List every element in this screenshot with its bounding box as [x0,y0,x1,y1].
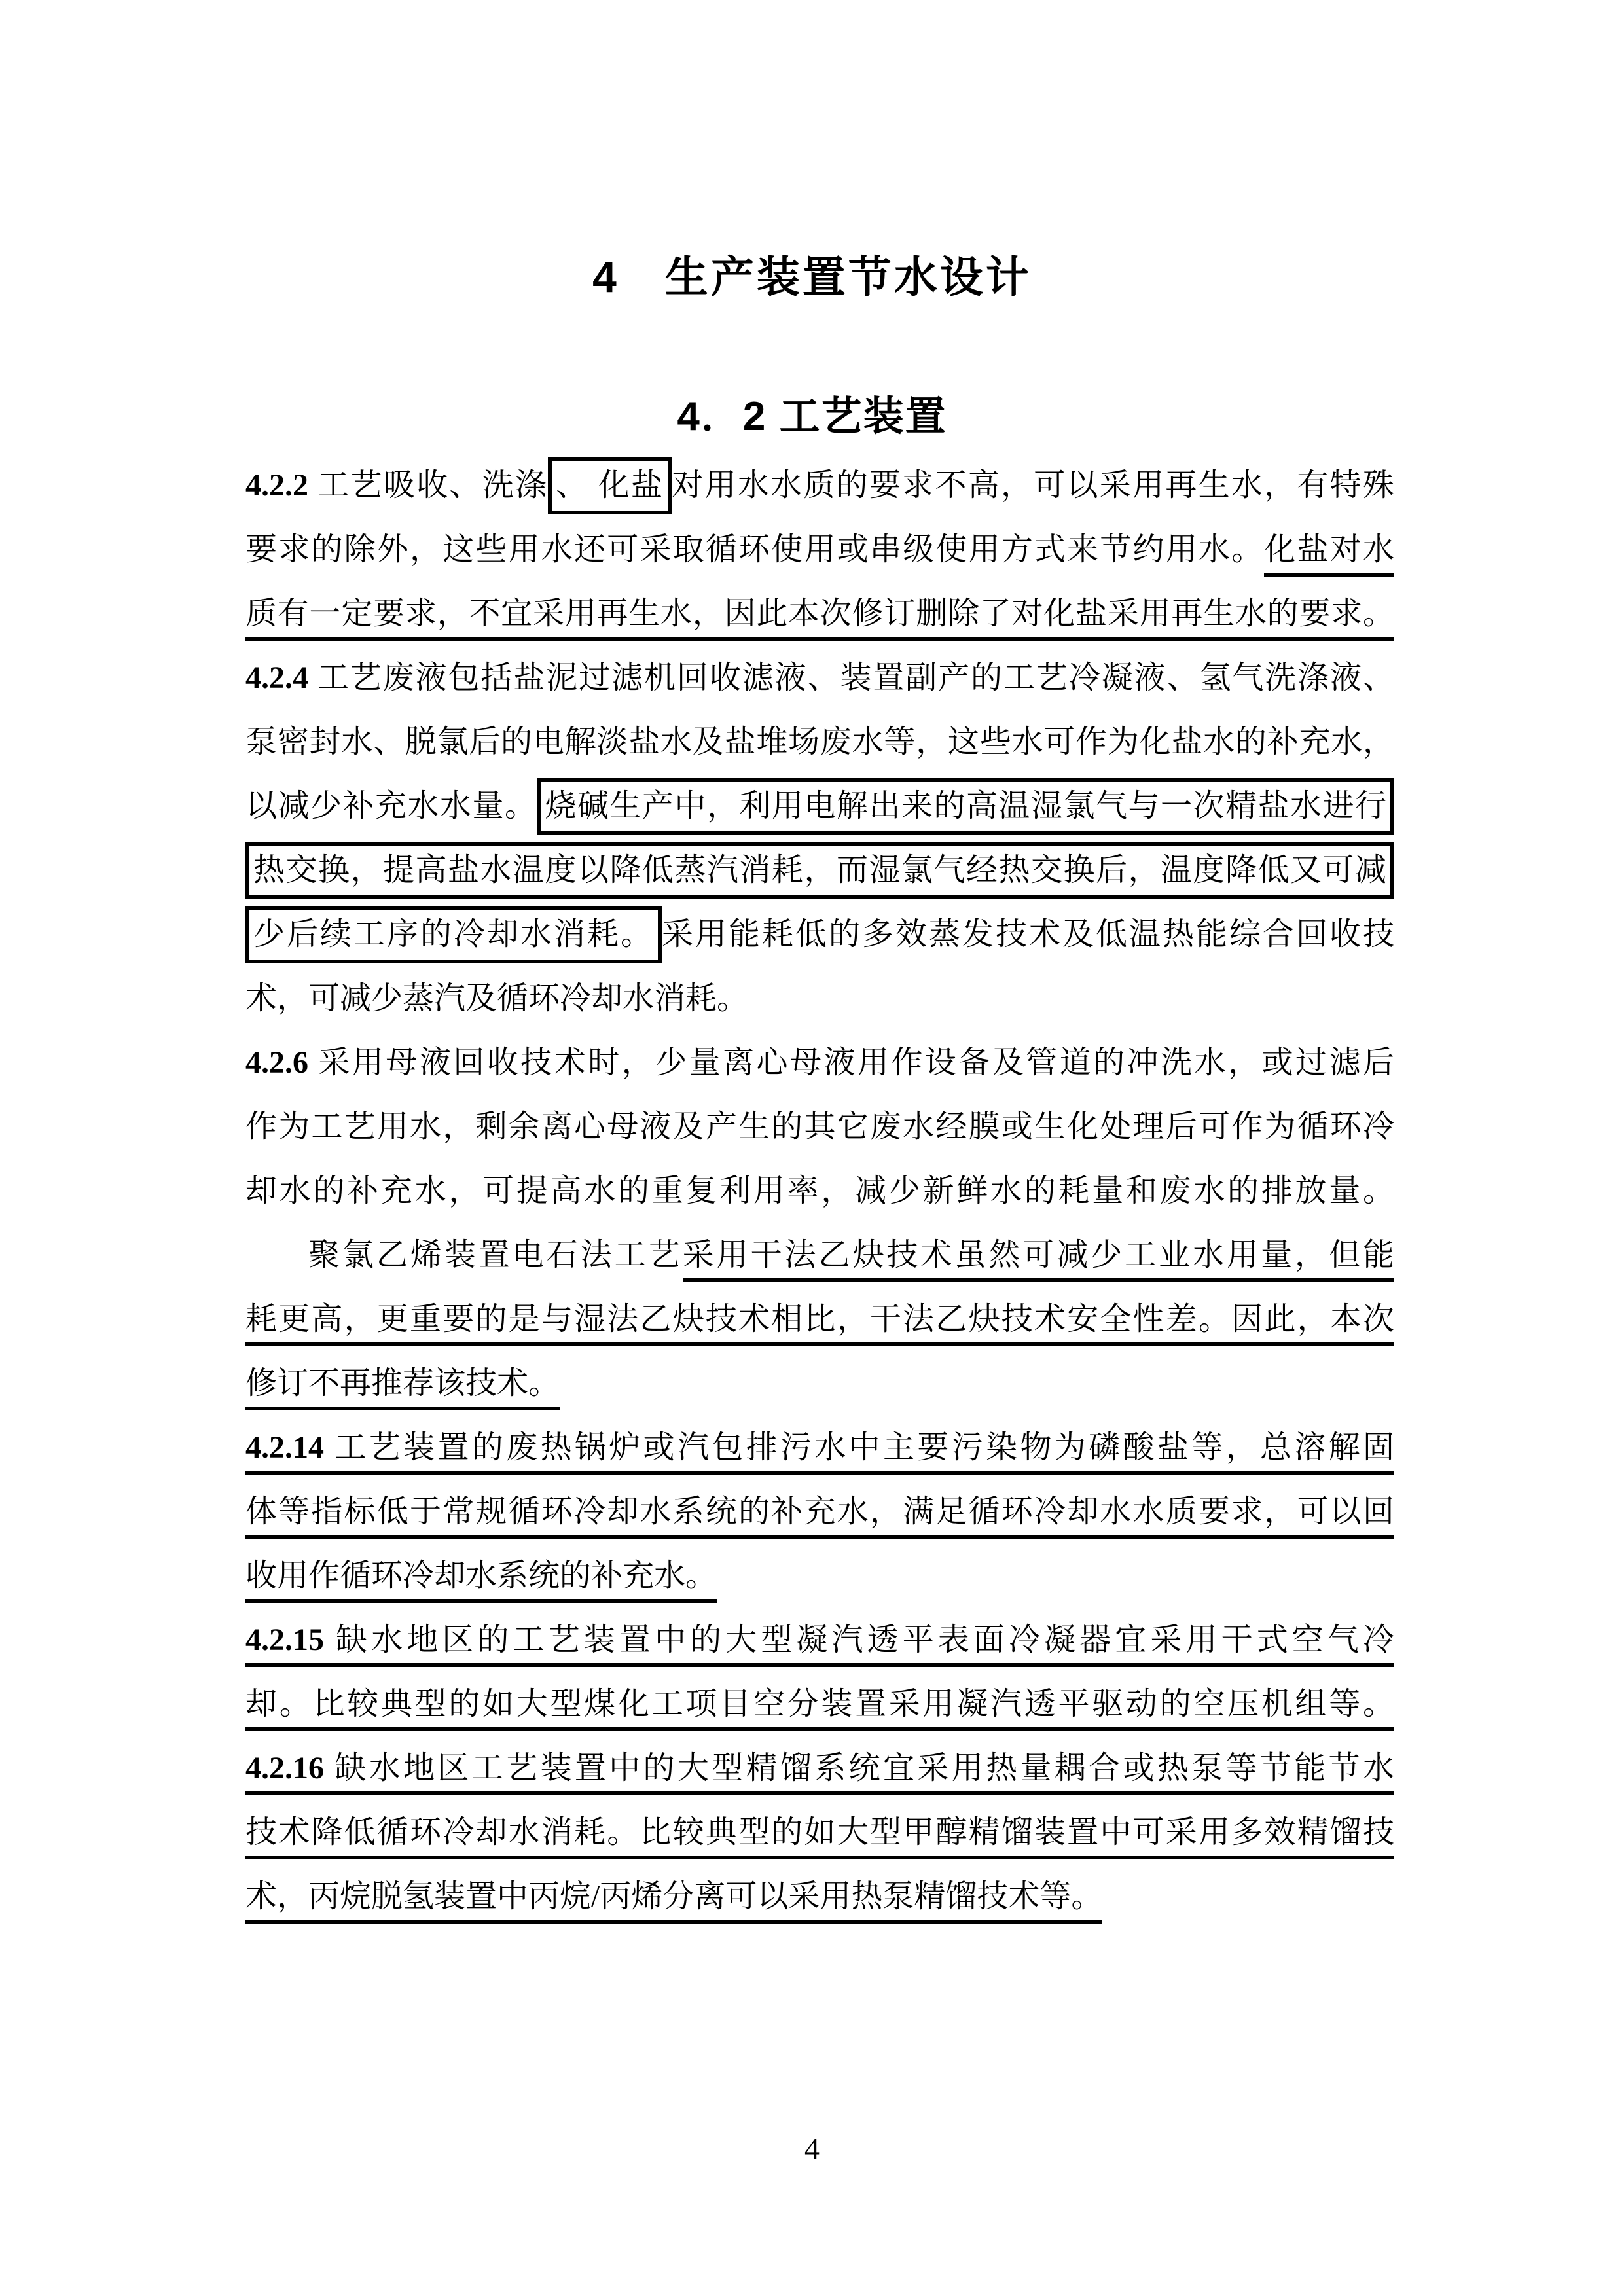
text-segment-box: 烧碱生产中，利用电解出来的高温湿氯气与一次精盐水进行 [537,778,1394,835]
text-line: 作为工艺用水，剩余离心母液及产生的其它废水经膜或生化处理后可作为循环冷 [245,1107,1394,1172]
text-line: 泵密封水、脱氯后的电解淡盐水及盐堆场废水等，这些水可作为化盐水的补充水， [245,723,1394,787]
text-segment-plain: 作为工艺用水，剩余离心母液及产生的其它废水经膜或生化处理后可作为循环冷 [245,1109,1394,1144]
text-segment-num: 4.2.2 [245,468,317,503]
text-segment-underline: 质有一定要求，不宜采用再生水，因此本次修订删除了对化盐采用再生水的要求。 [245,596,1394,641]
text-line: 却。比较典型的如大型煤化工项目空分装置采用凝汽透平驱动的空压机组等。 [245,1685,1394,1749]
text-segment-plain: 采用母液回收技术时，少量离心母液用作设备及管道的冲洗水，或过滤后 [318,1045,1394,1080]
text-segment-underline: 术，丙烷脱氢装置中丙烷/丙烯分离可以采用热泵精馏技术等。 [245,1879,1102,1924]
text-line: 却水的补充水，可提高水的重复利用率，减少新鲜水的耗量和废水的排放量。 [245,1172,1394,1236]
text-segment-underline: 修订不再推荐该技术。 [245,1366,560,1410]
page-number: 4 [0,2131,1624,2166]
text-line: 体等指标低于常规循环冷却水系统的补充水，满足循环冷却水水质要求，可以回 [245,1492,1394,1556]
document-page: 4 生产装置节水设计 4．2 工艺装置 4.2.2 工艺吸收、洗涤、 化盐对用水… [0,0,1624,2296]
text-segment-underline: 体等指标低于常规循环冷却水系统的补充水，满足循环冷却水水质要求，可以回 [245,1494,1394,1539]
text-segment-underline: 却。比较典型的如大型煤化工项目空分装置采用凝汽透平驱动的空压机组等。 [245,1687,1394,1731]
text-segment-num-underline: 4.2.16 [245,1751,334,1795]
text-segment-box: 热交换，提高盐水温度以降低蒸汽消耗，而湿氯气经热交换后，温度降低又可减 [245,842,1394,899]
text-line: 4.2.16 缺水地区工艺装置中的大型精馏系统宜采用热量耦合或热泵等节能节水 [245,1749,1394,1813]
text-line: 技术降低循环冷却水消耗。比较典型的如大型甲醇精馏装置中可采用多效精馏技 [245,1813,1394,1877]
subsection-heading: 4．2 工艺装置 [0,384,1624,442]
text-line: 以减少补充水水量。烧碱生产中，利用电解出来的高温湿氯气与一次精盐水进行 [245,787,1394,851]
body-text: 4.2.2 工艺吸收、洗涤、 化盐对用水水质的要求不高，可以采用再生水，有特殊要… [245,466,1394,1941]
text-segment-underline: 缺水地区的工艺装置中的大型凝汽透平表面冷凝器宜采用干式空气冷 [336,1623,1394,1667]
text-segment-box: 、 化盐 [548,457,672,514]
text-segment-plain: 工艺废液包括盐泥过滤机回收滤液、装置副产的工艺冷凝液、氢气洗涤液、 [317,660,1394,695]
text-line: 术，可减少蒸汽及循环冷却水消耗。 [245,979,1394,1043]
text-segment-plain: 以减少补充水水量。 [245,789,537,823]
text-segment-num: 4.2.6 [245,1045,318,1080]
text-segment-plain: 聚氯乙烯装置电石法工艺 [308,1238,683,1272]
text-segment-underline: 技术降低循环冷却水消耗。比较典型的如大型甲醇精馏装置中可采用多效精馏技 [245,1815,1394,1859]
text-segment-plain: 采用能耗低的多效蒸发技术及低温热能综合回收技 [662,917,1394,952]
text-segment-underline: 耗更高，更重要的是与湿法乙炔技术相比，干法乙炔技术安全性差。因此，本次 [245,1302,1394,1346]
text-segment-underline: 化盐对水 [1264,532,1394,577]
text-segment-plain: 泵密封水、脱氯后的电解淡盐水及盐堆场废水等，这些水可作为化盐水的补充水， [245,725,1394,759]
text-segment-underline: 收用作循环冷却水系统的补充水。 [245,1558,717,1603]
text-line: 4.2.6 采用母液回收技术时，少量离心母液用作设备及管道的冲洗水，或过滤后 [245,1043,1394,1107]
text-line: 热交换，提高盐水温度以降低蒸汽消耗，而湿氯气经热交换后，温度降低又可减 [245,851,1394,915]
text-segment-plain: 工艺吸收、洗涤 [317,468,548,503]
text-segment-plain: 要求的除外，这些用水还可采取循环使用或串级使用方式来节约用水。 [245,532,1264,567]
text-segment-underline: 工艺装置的废热锅炉或汽包排污水中主要污染物为磷酸盐等，总溶解固 [334,1430,1394,1475]
text-segment-num-underline: 4.2.15 [245,1623,336,1667]
section-heading: 4 生产装置节水设计 [0,242,1624,304]
text-segment-plain: 却水的补充水，可提高水的重复利用率，减少新鲜水的耗量和废水的排放量。 [245,1174,1394,1208]
text-line: 4.2.14 工艺装置的废热锅炉或汽包排污水中主要污染物为磷酸盐等，总溶解固 [245,1428,1394,1492]
text-segment-num: 4.2.4 [245,660,317,695]
text-segment-plain: 对用水水质的要求不高，可以采用再生水，有特殊 [672,468,1394,503]
text-line: 4.2.15 缺水地区的工艺装置中的大型凝汽透平表面冷凝器宜采用干式空气冷 [245,1621,1394,1685]
text-segment-num-underline: 4.2.14 [245,1430,334,1475]
text-line: 术，丙烷脱氢装置中丙烷/丙烯分离可以采用热泵精馏技术等。 [245,1877,1394,1941]
text-segment-underline: 缺水地区工艺装置中的大型精馏系统宜采用热量耦合或热泵等节能节水 [334,1751,1394,1795]
text-line: 4.2.2 工艺吸收、洗涤、 化盐对用水水质的要求不高，可以采用再生水，有特殊 [245,466,1394,530]
text-line: 要求的除外，这些用水还可采取循环使用或串级使用方式来节约用水。化盐对水 [245,530,1394,594]
text-line: 耗更高，更重要的是与湿法乙炔技术相比，干法乙炔技术安全性差。因此，本次 [245,1300,1394,1364]
text-segment-plain: 术，可减少蒸汽及循环冷却水消耗。 [245,981,748,1016]
text-segment-box: 少后续工序的冷却水消耗。 [245,906,662,963]
text-line: 少后续工序的冷却水消耗。采用能耗低的多效蒸发技术及低温热能综合回收技 [245,915,1394,979]
text-line: 修订不再推荐该技术。 [245,1364,1394,1428]
text-line: 收用作循环冷却水系统的补充水。 [245,1556,1394,1621]
text-line: 聚氯乙烯装置电石法工艺采用干法乙炔技术虽然可减少工业水用量，但能 [245,1236,1394,1300]
text-line: 4.2.4 工艺废液包括盐泥过滤机回收滤液、装置副产的工艺冷凝液、氢气洗涤液、 [245,658,1394,723]
text-segment-underline: 采用干法乙炔技术虽然可减少工业水用量，但能 [683,1238,1394,1282]
text-line: 质有一定要求，不宜采用再生水，因此本次修订删除了对化盐采用再生水的要求。 [245,594,1394,658]
